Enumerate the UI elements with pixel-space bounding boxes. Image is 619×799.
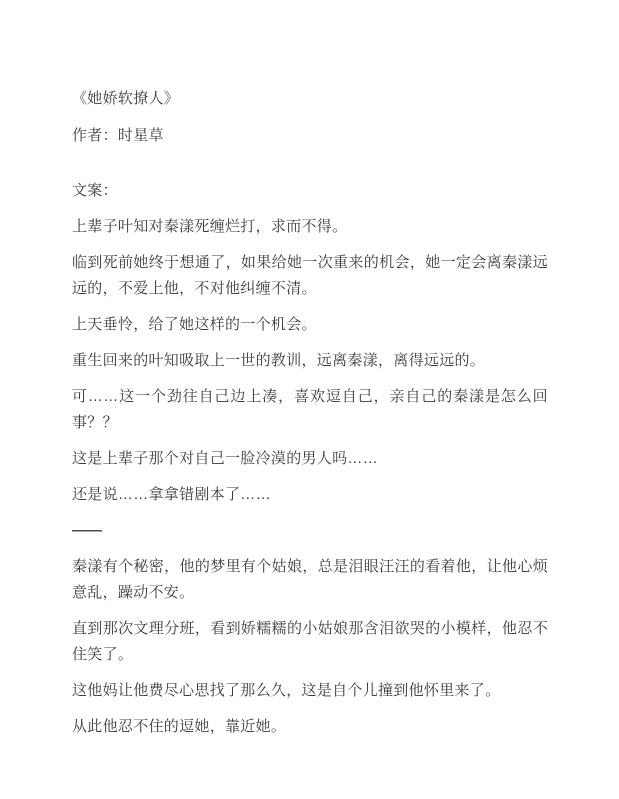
author-line: 作者：时星草: [72, 123, 548, 149]
divider-dash: ——: [72, 518, 548, 544]
synopsis-paragraph: 直到那次文理分班，看到娇糯糯的小姑娘那含泪欲哭的小模样，他忍不住笑了。: [72, 616, 548, 668]
document-page: 《她娇软撩人》 作者：时星草 文案： 上辈子叶知对秦漾死缠烂打，求而不得。 临到…: [0, 0, 619, 799]
synopsis-paragraph: 秦漾有个秘密，他的梦里有个姑娘，总是泪眼汪汪的看着他，让他心烦意乱，躁动不安。: [72, 554, 548, 606]
synopsis-paragraph: 临到死前她终于想通了，如果给她一次重来的机会，她一定会离秦漾远远的，不爱上他，不…: [72, 250, 548, 302]
synopsis-paragraph: 重生回来的叶知吸取上一世的教训，远离秦漾，离得远远的。: [72, 348, 548, 374]
synopsis-paragraph: 上天垂怜，给了她这样的一个机会。: [72, 312, 548, 338]
book-title: 《她娇软撩人》: [72, 86, 548, 112]
synopsis-label: 文案：: [72, 178, 548, 204]
synopsis-paragraph: 从此他忍不住的逗她，靠近她。: [72, 714, 548, 740]
synopsis-paragraph: 还是说……拿拿错剧本了……: [72, 482, 548, 508]
synopsis-paragraph: 这他妈让他费尽心思找了那么久，这是自个儿撞到他怀里来了。: [72, 678, 548, 704]
synopsis-paragraph: 可……这一个劲往自己边上凑，喜欢逗自己，亲自己的秦漾是怎么回事？？: [72, 384, 548, 436]
synopsis-paragraph: 上辈子叶知对秦漾死缠烂打，求而不得。: [72, 214, 548, 240]
synopsis-paragraph: 这是上辈子那个对自己一脸冷漠的男人吗……: [72, 446, 548, 472]
